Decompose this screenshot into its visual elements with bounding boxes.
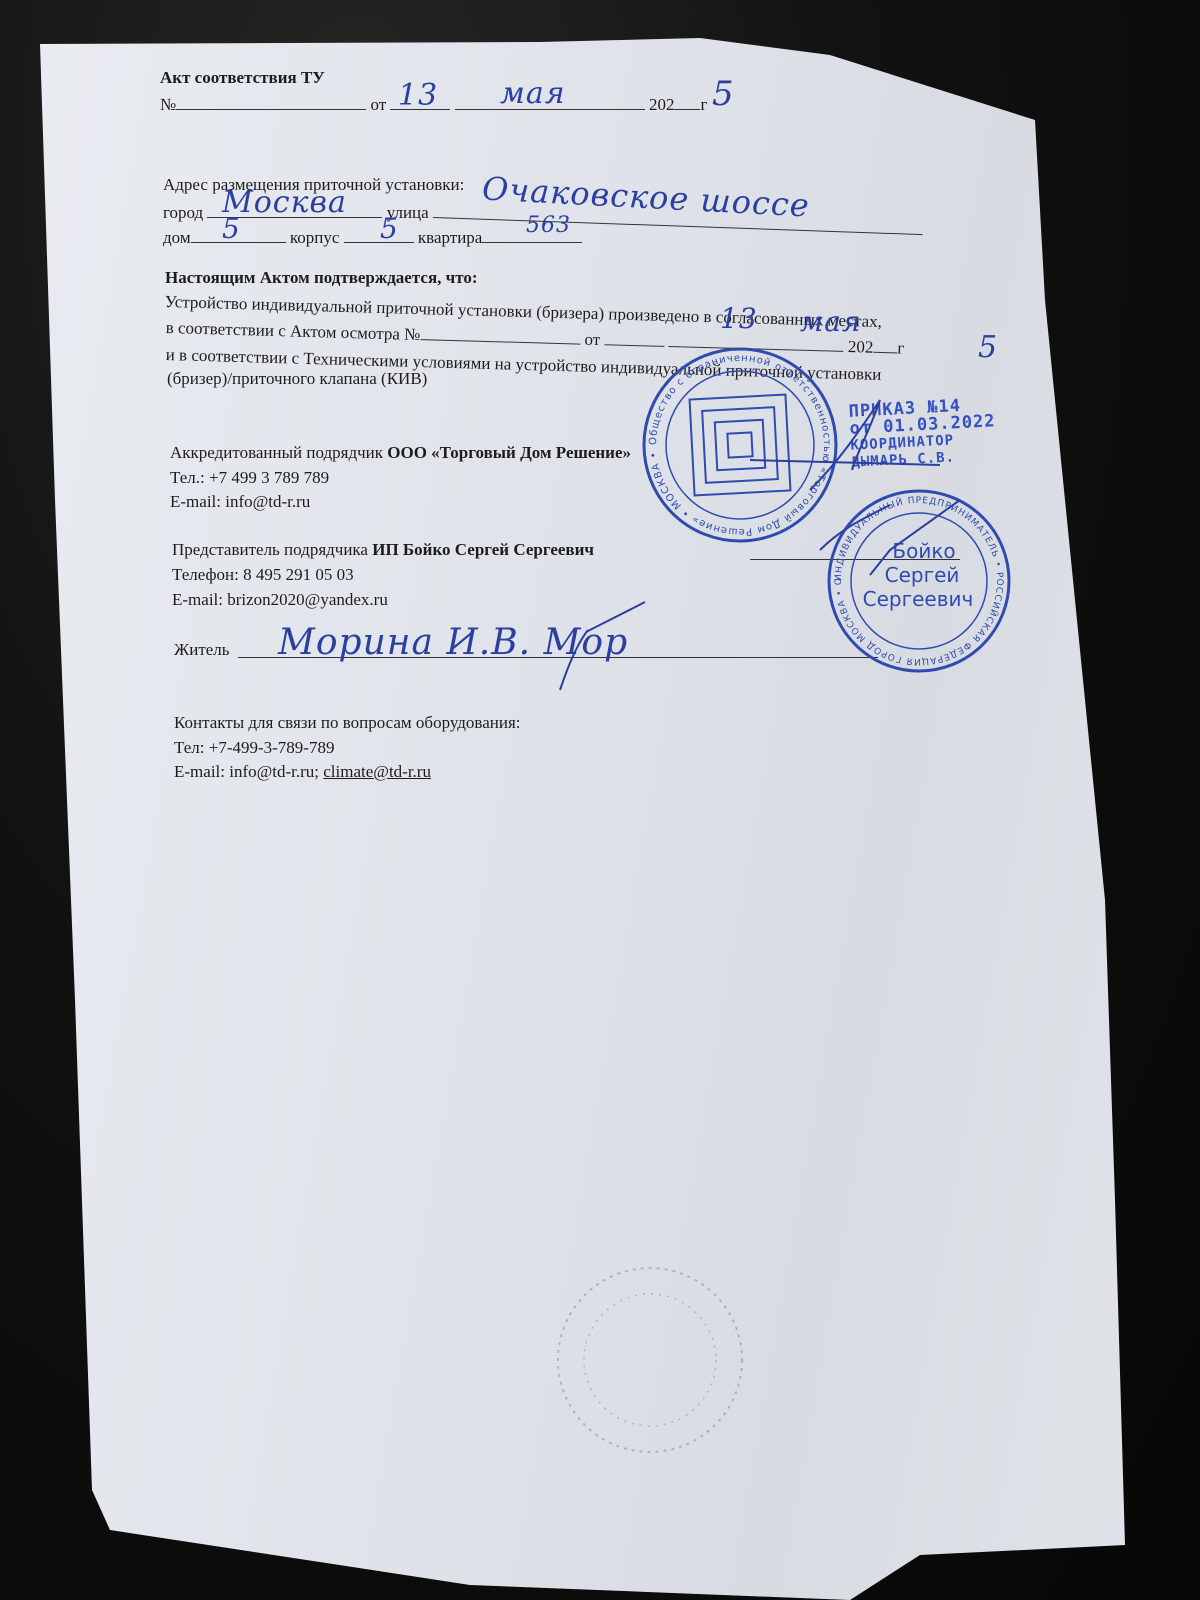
year-suffix: г (700, 95, 707, 114)
building-blank (344, 241, 414, 243)
inspection-act-label: в соответствии с Актом осмотра № (165, 318, 420, 344)
equipment-contacts-phone: Тел: +7-499-3-789-789 (174, 738, 334, 758)
inspection-year-suffix: г (897, 338, 905, 357)
inspection-number-blank (420, 338, 580, 344)
document: Акт соответствия ТУ № от 202г 13 мая 5 А… (0, 0, 1200, 1600)
representative-name: ИП Бойко Сергей Сергеевич (372, 540, 594, 559)
document-title: Акт соответствия ТУ (160, 68, 325, 88)
contractor-row: Аккредитованный подрядчик ООО «Торговый … (170, 443, 631, 463)
inspection-year-blank (873, 351, 897, 354)
confirmation-line-4: (бризер)/приточного клапана (КИВ) (167, 369, 427, 389)
equipment-contacts-heading: Контакты для связи по вопросам оборудова… (174, 713, 521, 733)
faded-stamp-imprint (550, 1260, 750, 1465)
resident-signature-stroke (540, 600, 660, 700)
coordinator-signature (740, 380, 1000, 620)
apartment-blank (482, 241, 582, 243)
contractor-phone: Тел.: +7 499 3 789 789 (170, 468, 329, 488)
handwritten-building: 5 (380, 212, 399, 245)
handwritten-day: 13 (398, 78, 438, 113)
building-label: корпус (290, 228, 340, 247)
representative-phone: Телефон: 8 495 291 05 03 (172, 565, 354, 585)
handwritten-inspection-month: мая (800, 305, 861, 338)
handwritten-apartment: 563 (526, 213, 571, 238)
contractor-name: ООО «Торговый Дом Решение» (387, 443, 631, 462)
equipment-contacts-email: E-mail: info@td-r.ru; (174, 762, 323, 781)
representative-label: Представитель подрядчика (172, 540, 368, 559)
apartment-label: квартира (418, 228, 482, 247)
handwritten-year-digit: 5 (712, 74, 735, 114)
number-label: № (160, 95, 176, 114)
house-label: дом (163, 228, 191, 247)
contractor-label: Аккредитованный подрядчик (170, 443, 383, 462)
resident-label: Житель (174, 640, 230, 659)
climate-email-link[interactable]: climate@td-r.ru (323, 762, 431, 781)
resident-row: Житель (174, 640, 230, 660)
inspection-year-prefix: 202 (848, 337, 874, 357)
confirmation-heading: Настоящим Актом подтверждается, что: (165, 268, 478, 288)
contractor-email: E-mail: info@td-r.ru (170, 492, 310, 512)
number-blank (176, 108, 366, 110)
year-blank (674, 108, 700, 110)
representative-email: E-mail: brizon2020@yandex.ru (172, 590, 388, 610)
handwritten-inspection-day: 13 (720, 302, 758, 335)
handwritten-house: 5 (222, 212, 241, 245)
representative-row: Представитель подрядчика ИП Бойко Сергей… (172, 540, 594, 560)
handwritten-month: мая (500, 76, 566, 111)
handwritten-inspection-year: 5 (978, 330, 998, 365)
from-label: от (370, 95, 386, 114)
equipment-contacts-email-row: E-mail: info@td-r.ru; climate@td-r.ru (174, 762, 431, 782)
inspection-from-label: от (584, 330, 600, 349)
year-prefix: 202 (649, 95, 675, 114)
city-label: город (163, 203, 203, 222)
